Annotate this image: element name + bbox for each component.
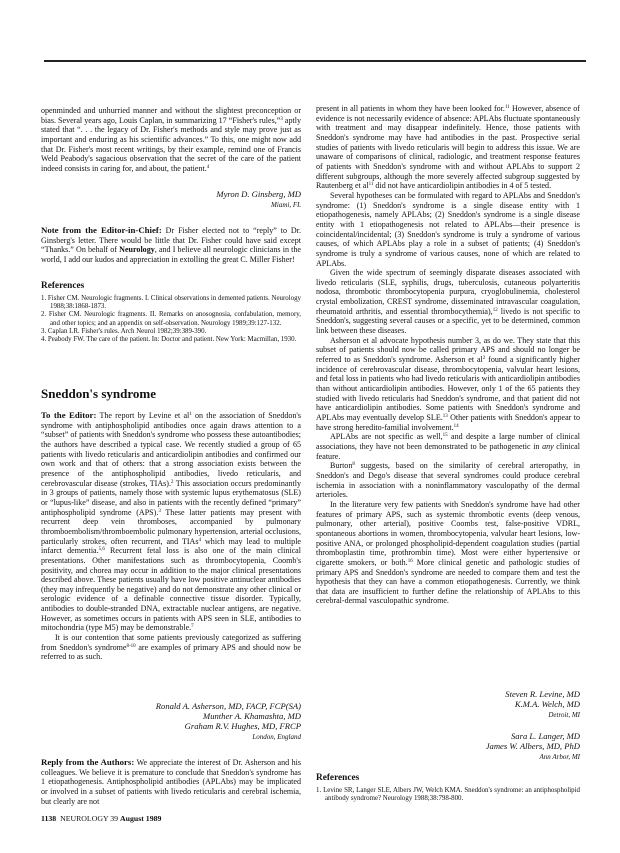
section-title: Sneddon's syndrome	[41, 386, 156, 402]
signature-name: Graham R.V. Hughes, MD, FRCP	[41, 721, 301, 731]
reply-paragraph-1: present in all patients in whom they hav…	[316, 104, 580, 191]
continued-paragraph: openminded and unhurried manner and with…	[41, 106, 301, 174]
page-footer: 1138 NEUROLOGY 39 August 1989	[41, 814, 161, 823]
reference-item: 1. Levine SR, Langer SLE, Albers JW, Wel…	[316, 787, 580, 803]
references-1: References 1. Fisher CM. Neurologic frag…	[41, 281, 301, 344]
signature-name: Myron D. Ginsberg, MD	[41, 189, 301, 199]
letter-paragraph-2: It is our contention that some patients …	[41, 633, 301, 662]
volume: 39	[110, 814, 118, 823]
reference-item: 3. Caplan LR. Fisher's rules. Arch Neuro…	[41, 328, 301, 336]
signature-ginsberg: Myron D. Ginsberg, MD Miami, FL	[41, 189, 301, 210]
signature-name: Steven R. Levine, MD	[316, 689, 580, 699]
signature-asherson: Ronald A. Asherson, MD, FACP, FCP(SA) Mu…	[41, 701, 301, 742]
issue-date: August 1989	[120, 814, 161, 823]
reference-item: 4. Peabody FW. The care of the patient. …	[41, 336, 301, 344]
reply-paragraph-2: Several hypotheses can be formulated wit…	[316, 191, 580, 268]
signature-location: London, England	[41, 733, 301, 742]
editor-note: Note from the Editor-in-Chief: Dr Fisher…	[41, 226, 301, 265]
reference-item: 2. Fisher CM. Neurologic fragments. II. …	[41, 311, 301, 327]
reply-paragraph-4: Asherson et al advocate hypothesis numbe…	[316, 336, 580, 433]
signature-annarbor: Sara L. Langer, MD James W. Albers, MD, …	[316, 731, 580, 762]
signature-detroit: Steven R. Levine, MD K.M.A. Welch, MD De…	[316, 689, 580, 720]
signature-name: K.M.A. Welch, MD	[316, 699, 580, 709]
header-rule	[44, 60, 586, 62]
signature-name: Ronald A. Asherson, MD, FACP, FCP(SA)	[41, 701, 301, 711]
reference-item: 1. Fisher CM. Neurologic fragments. I. C…	[41, 295, 301, 311]
reply-paragraph-5: APLAbs are not specific as well,15 and d…	[316, 432, 580, 461]
reply-from-authors: Reply from the Authors: We appreciate th…	[41, 758, 301, 806]
signature-location: Detroit, MI	[316, 711, 580, 720]
letter-paragraph-1: To the Editor: The report by Levine et a…	[41, 411, 301, 633]
letter-to-editor: To the Editor: The report by Levine et a…	[41, 411, 301, 662]
reply-continued: present in all patients in whom they hav…	[316, 104, 580, 606]
signature-location: Ann Arbor, MI	[316, 753, 580, 762]
journal-name: NEUROLOGY	[60, 814, 108, 823]
signature-name: Munther A. Khamashta, MD	[41, 711, 301, 721]
signature-name: James W. Albers, MD, PhD	[316, 741, 580, 751]
reply-paragraph-6: Burton8 suggests, based on the similarit…	[316, 461, 580, 500]
reply-paragraph-3: Given the wide spectrum of seemingly dis…	[316, 268, 580, 336]
references-heading: References	[316, 773, 580, 783]
signature-location: Miami, FL	[41, 201, 301, 210]
signature-name: Sara L. Langer, MD	[316, 731, 580, 741]
references-heading: References	[41, 281, 301, 291]
reply-paragraph-7: In the literature very few patients with…	[316, 500, 580, 606]
page-number: 1138	[41, 814, 56, 823]
references-2: References 1. Levine SR, Langer SLE, Alb…	[316, 773, 580, 803]
